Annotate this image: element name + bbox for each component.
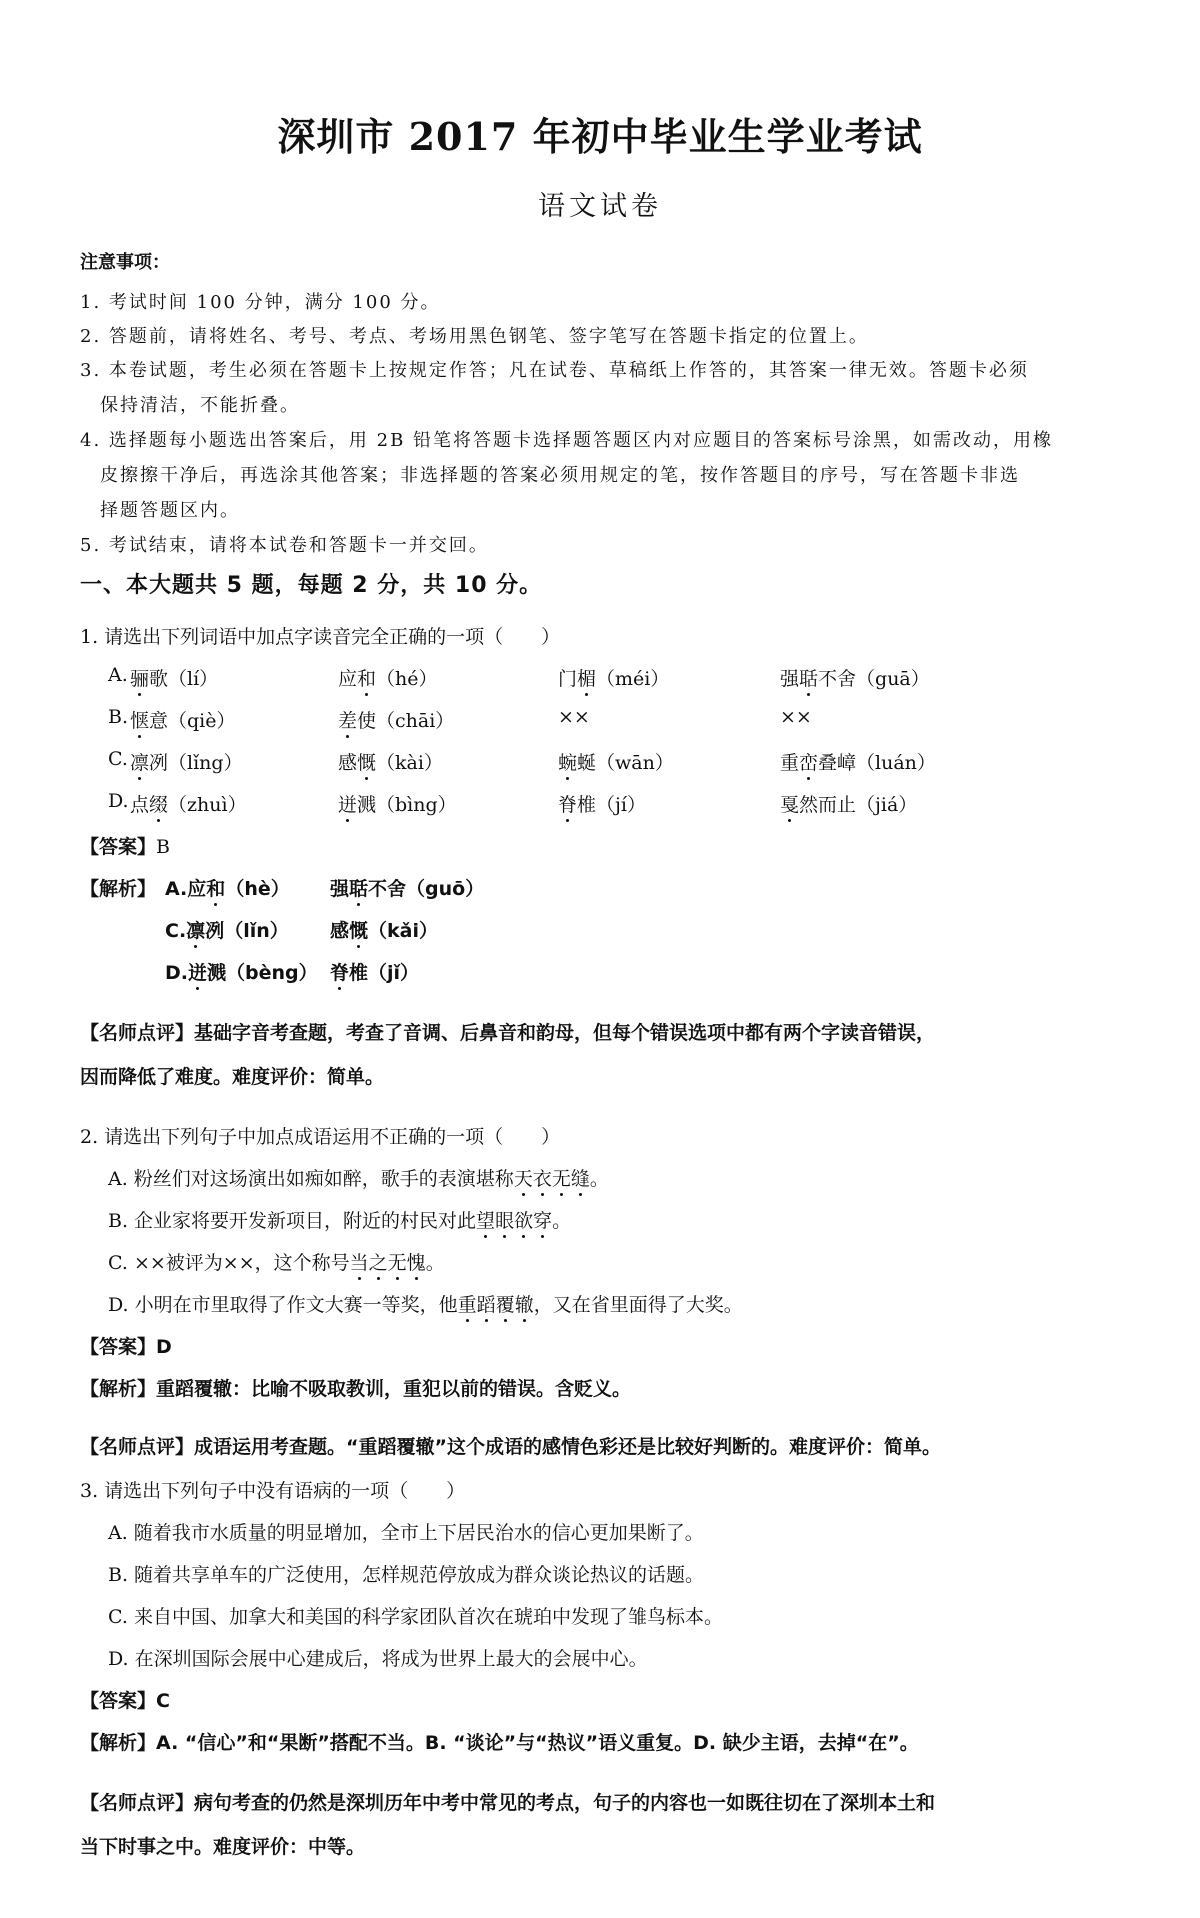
q2-analysis: 【解析】重蹈覆辙：比喻不吸取教训，重犯以前的错误。含贬义。: [80, 1374, 631, 1401]
q3-analysis: 【解析】A. “信心”和“果断”搭配不当。B. “谈论”与“热议”语义重复。D.…: [80, 1728, 919, 1755]
q1-option-d-label: D.: [108, 790, 129, 812]
q2-option-d: D. 小明在市里取得了作文大赛一等奖，他重蹈覆辙，又在省里面得了大奖。: [108, 1290, 743, 1317]
q3-comment: 【名师点评】病句考查的仍然是深圳历年中考中常见的考点，句子的内容也一如既往切在了…: [80, 1788, 935, 1815]
notice-item-4-cont: 皮擦擦干净后，再选涂其他答案；非选择题的答案必须用规定的笔，按作答题目的序号，写…: [100, 461, 1020, 487]
document-title: 深圳市 2017 年初中毕业生学业考试: [0, 106, 1200, 161]
q1-option-a-word-4: 强聒不舍（guā）: [780, 664, 930, 691]
q1-analysis-a-2: 强聒不舍（guō）: [330, 874, 484, 901]
section-heading: 一、本大题共 5 题，每题 2 分，共 10 分。: [80, 568, 542, 599]
q1-analysis-c: C.凛冽（lǐn）: [165, 916, 289, 943]
q1-option-a-word-1: 骊歌（lí）: [130, 664, 218, 691]
q1-option-c-word-4: 重峦叠嶂（luán）: [780, 748, 936, 775]
q2-option-a: A. 粉丝们对这场演出如痴如醉，歌手的表演堪称天衣无缝。: [108, 1164, 609, 1191]
q1-option-b-word-2: 差使（chāi）: [338, 706, 454, 733]
q1-option-d-word-3: 脊椎（jí）: [558, 790, 646, 817]
q3-option-c: C. 来自中国、加拿大和美国的科学家团队首次在琥珀中发现了雏鸟标本。: [108, 1602, 723, 1629]
notice-item-5: 5. 考试结束，请将本试卷和答题卡一并交回。: [80, 531, 489, 557]
q1-analysis-tag: 【解析】: [80, 874, 156, 901]
q2-comment: 【名师点评】成语运用考查题。“重蹈覆辙”这个成语的感情色彩还是比较好判断的。难度…: [80, 1432, 941, 1459]
q1-comment-cont: 因而降低了难度。难度评价：简单。: [80, 1062, 384, 1089]
q1-comment: 【名师点评】基础字音考查题，考查了音调、后鼻音和韵母，但每个错误选项中都有两个字…: [80, 1018, 935, 1045]
notice-item-4-cont2: 择题答题区内。: [100, 496, 240, 522]
q2-option-b: B. 企业家将要开发新项目，附近的村民对此望眼欲穿。: [108, 1206, 571, 1233]
q3-option-a: A. 随着我市水质量的明显增加，全市上下居民治水的信心更加果断了。: [108, 1518, 704, 1545]
q2-answer: 【答案】D: [80, 1332, 172, 1359]
question-1-stem: 1. 请选出下列词语中加点字读音完全正确的一项（ ）: [80, 622, 560, 649]
q1-option-b-word-1: 惬意（qiè）: [130, 706, 236, 733]
q1-option-b-label: B.: [108, 706, 128, 728]
q1-option-d-word-4: 戛然而止（jiá）: [780, 790, 917, 817]
q1-option-b-word-4: ××: [780, 706, 812, 728]
q3-answer: 【答案】C: [80, 1686, 170, 1713]
q1-option-a-word-3: 门楣（méi）: [558, 664, 669, 691]
q1-analysis-d-2: 脊椎（jǐ）: [330, 958, 419, 985]
q1-answer: 【答案】B: [80, 832, 170, 859]
q3-comment-cont: 当下时事之中。难度评价：中等。: [80, 1832, 365, 1859]
notice-item-3: 3. 本卷试题，考生必须在答题卡上按规定作答；凡在试卷、草稿纸上作答的，其答案一…: [80, 356, 1029, 382]
notice-heading: 注意事项：: [80, 248, 170, 274]
q1-analysis-a: A.应和（hè）: [165, 874, 290, 901]
q1-option-d-word-2: 迸溅（bìng）: [338, 790, 457, 817]
question-2-stem: 2. 请选出下列句子中加点成语运用不正确的一项（ ）: [80, 1122, 560, 1149]
q1-option-a-word-2: 应和（hé）: [338, 664, 438, 691]
notice-item-2: 2. 答题前，请将姓名、考号、考点、考场用黑色钢笔、签字笔写在答题卡指定的位置上…: [80, 322, 869, 348]
q3-option-d: D. 在深圳国际会展中心建成后，将成为世界上最大的会展中心。: [108, 1644, 648, 1671]
q1-analysis-d: D.迸溅（bèng）: [165, 958, 318, 985]
q1-analysis-c-2: 感慨（kǎi）: [330, 916, 438, 943]
notice-item-3-cont: 保持清洁，不能折叠。: [100, 391, 300, 417]
q1-option-c-word-3: 蜿蜒（wān）: [558, 748, 674, 775]
q3-option-b: B. 随着共享单车的广泛使用，怎样规范停放成为群众谈论热议的话题。: [108, 1560, 704, 1587]
question-3-stem: 3. 请选出下列句子中没有语病的一项（ ）: [80, 1476, 465, 1503]
notice-item-1: 1. 考试时间 100 分钟，满分 100 分。: [80, 288, 441, 314]
q1-option-b-word-3: ××: [558, 706, 590, 728]
document-subtitle: 语文试卷: [0, 184, 1200, 223]
q2-option-c: C. ××被评为××，这个称号当之无愧。: [108, 1248, 445, 1275]
q1-option-d-word-1: 点缀（zhuì）: [130, 790, 247, 817]
q1-option-c-word-1: 凛冽（lǐng）: [130, 748, 243, 775]
q1-option-a-label: A.: [108, 664, 128, 686]
notice-item-4: 4. 选择题每小题选出答案后，用 2B 铅笔将答题卡选择题答题区内对应题目的答案…: [80, 426, 1053, 452]
q1-option-c-label: C.: [108, 748, 128, 770]
q1-option-c-word-2: 感慨（kài）: [338, 748, 443, 775]
